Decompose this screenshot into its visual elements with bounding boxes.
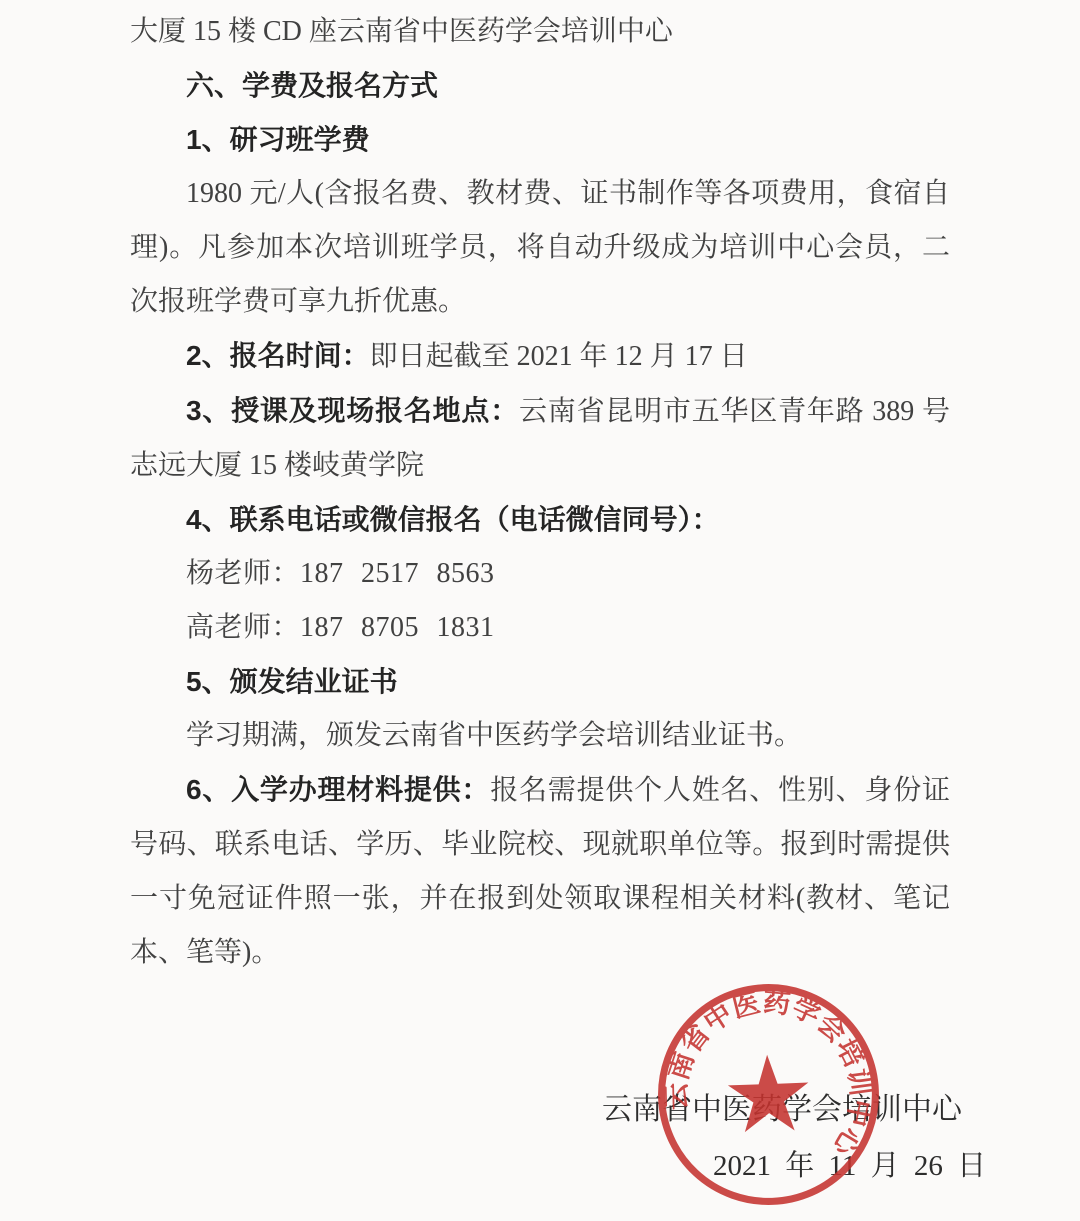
document-body: 大厦 15 楼 CD 座云南省中医药学会培训中心 六、学费及报名方式 1、研习班… <box>130 5 950 980</box>
contact-yang: 杨老师：187 2517 8563 <box>130 547 950 601</box>
item4-heading: 4、联系电话或微信报名（电话微信同号）： <box>130 493 950 547</box>
star-icon <box>727 1053 810 1132</box>
fee-paragraph: 1980 元/人(含报名费、教材费、证书制作等各项费用，食宿自理)。凡参加本次培… <box>130 167 950 329</box>
item1-heading: 1、研习班学费 <box>130 113 950 167</box>
item2-line: 2、报名时间：即日起截至 2021 年 12 月 17 日 <box>130 329 950 384</box>
official-seal-stamp: 云南省中医药学会培训中心 <box>649 975 889 1215</box>
item3-label: 3、授课及现场报名地点： <box>186 395 519 426</box>
item6-line: 6、入学办理材料提供：报名需提供个人姓名、性别、身份证号码、联系电话、学历、毕业… <box>130 763 950 980</box>
continuation-line: 大厦 15 楼 CD 座云南省中医药学会培训中心 <box>130 5 950 59</box>
document-page: 大厦 15 楼 CD 座云南省中医药学会培训中心 六、学费及报名方式 1、研习班… <box>0 0 1080 1221</box>
item3-line: 3、授课及现场报名地点：云南省昆明市五华区青年路 389 号志远大厦 15 楼岐… <box>130 384 950 493</box>
certificate-paragraph: 学习期满，颁发云南省中医药学会培训结业证书。 <box>130 709 950 763</box>
item2-label: 2、报名时间： <box>186 340 370 371</box>
item6-label: 6、入学办理材料提供： <box>186 774 490 805</box>
item5-heading: 5、颁发结业证书 <box>130 655 950 709</box>
contact-gao: 高老师：187 8705 1831 <box>130 601 950 655</box>
item2-text: 即日起截至 2021 年 12 月 17 日 <box>370 341 748 372</box>
section-heading: 六、学费及报名方式 <box>130 59 950 113</box>
